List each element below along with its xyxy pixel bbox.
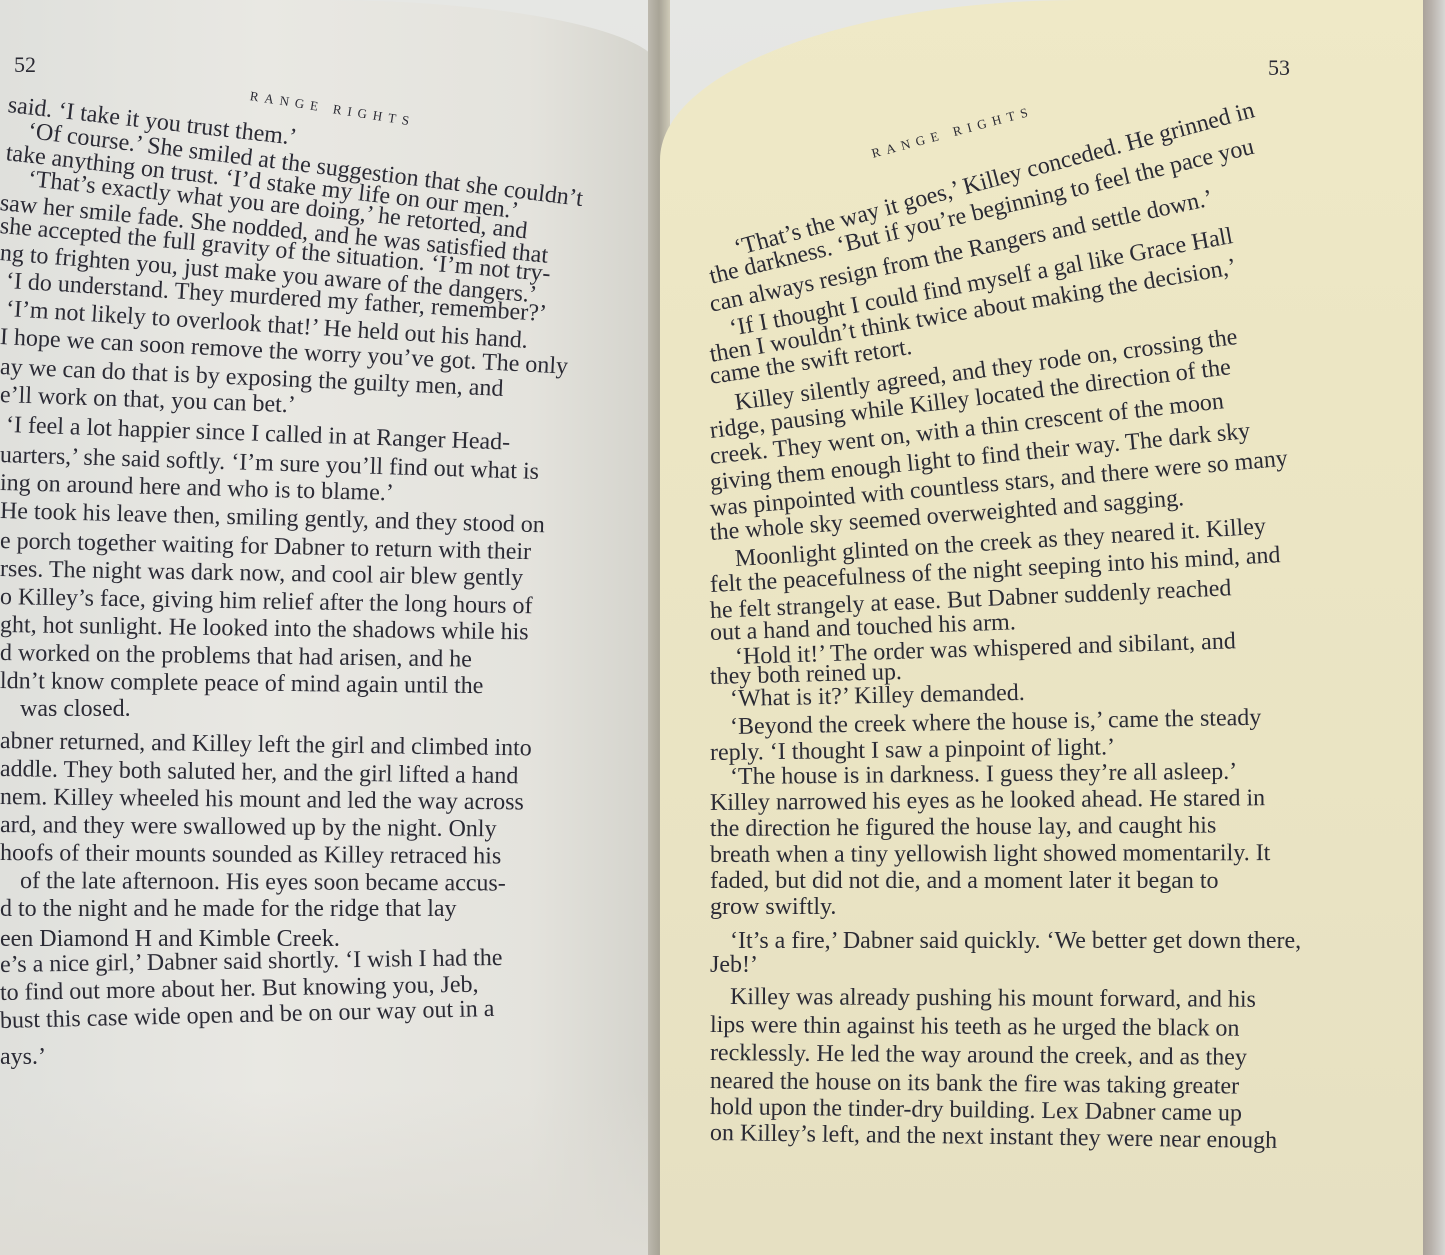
text-line: faded, but did not die, and a moment lat… — [710, 868, 1219, 895]
text-line: Killey was already pushing his mount for… — [730, 984, 1256, 1014]
left-page-shadow — [0, 1090, 660, 1255]
text-line: recklessly. He led the way around the cr… — [710, 1040, 1247, 1072]
text-line: of the late afternoon. His eyes soon bec… — [20, 868, 506, 898]
page-edge — [1423, 0, 1445, 1255]
right-page-number: 53 — [1268, 55, 1290, 81]
text-line: ‘It’s a fire,’ Dabner said quickly. ‘We … — [730, 928, 1301, 955]
text-line: ard, and they were swallowed up by the n… — [0, 812, 497, 843]
text-line: the direction he figured the house lay, … — [710, 812, 1216, 843]
text-line: ays.’ — [0, 1044, 46, 1071]
text-line: lips were thin against his teeth as he u… — [710, 1012, 1240, 1043]
text-line: hoofs of their mounts sounded as Killey … — [0, 840, 501, 870]
text-line: breath when a tiny yellowish light showe… — [710, 840, 1270, 869]
left-page-number: 52 — [14, 52, 36, 78]
text-line: Jeb!’ — [710, 952, 758, 979]
text-line: was closed. — [20, 696, 131, 723]
text-line: d to the night and he made for the ridge… — [0, 896, 457, 923]
text-line: nem. Killey wheeled his mount and led th… — [0, 784, 524, 816]
text-line: grow swiftly. — [710, 894, 836, 921]
